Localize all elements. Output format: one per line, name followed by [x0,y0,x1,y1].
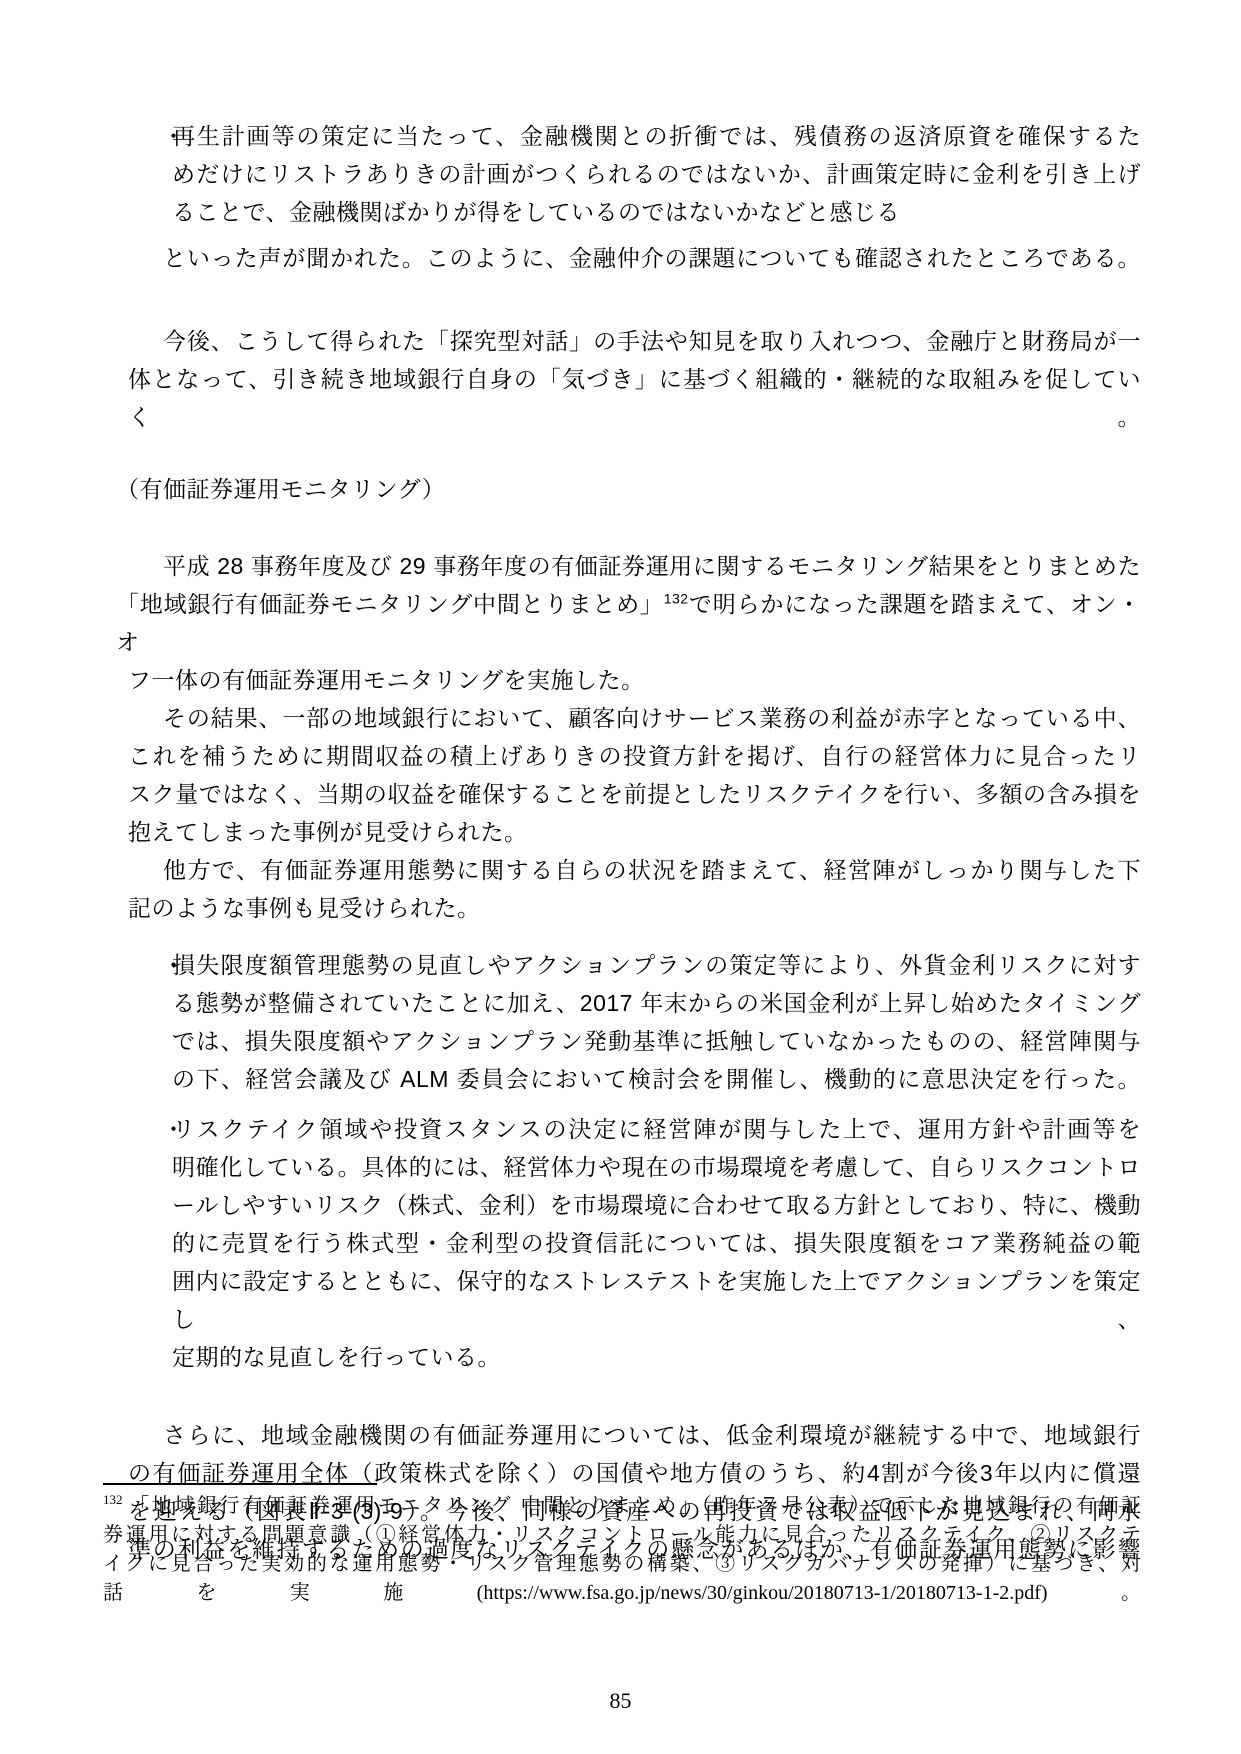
paragraph-monitoring-implementation: 平成 28 事務年度及び 29 事務年度の有価証券運用に関するモニタリング結果を… [128,547,1141,699]
bullet-item-revitalization-plan: ・ 再生計画等の策定に当たって、金融機関との折衝では、残債務の返済原資を確保する… [172,117,1141,231]
paragraph-voices-heard: といった声が聞かれた。このように、金融仲介の課題についても確認されたところである… [128,239,1141,277]
paragraph-monitoring-findings: その結果、一部の地域銀行において、顧客向けサービス業務の利益が赤字となっている中… [128,699,1141,851]
footnote-section: 132「地域銀行有価証券運用モニタリング 中間とりまとめ」（昨年７月公表）で示し… [103,1483,1141,1608]
bullet-marker: ・ [162,117,188,155]
bullet-marker: ・ [162,1110,188,1148]
page-number: 85 [0,1688,1241,1714]
bullet-item-loss-limit-management: ・ 損失限度額管理態勢の見直しやアクションプランの策定等により、外貨金利リスクに… [172,946,1141,1098]
footnote-separator-line [103,1483,377,1485]
body-text-column: ・ 再生計画等の策定に当たって、金融機関との折衝では、残債務の返済原資を確保する… [128,117,1141,1568]
paragraph-future-initiatives: 今後、こうして得られた「探究型対話」の手法や知見を取り入れつつ、金融庁と財務局が… [128,322,1141,436]
document-page: ・ 再生計画等の策定に当たって、金融機関との折衝では、残債務の返済原資を確保する… [0,0,1241,1754]
bullet-item-risk-taking-policy: ・ リスクテイク領域や投資スタンスの決定に経営陣が関与した上で、運用方針や計画等… [172,1110,1141,1376]
paragraph-positive-examples-intro: 他方で、有価証券運用態勢に関する自らの状況を踏まえて、経営陣がしっかり関与した下… [128,851,1141,927]
footnote-132-text: 132「地域銀行有価証券運用モニタリング 中間とりまとめ」（昨年７月公表）で示し… [103,1492,1141,1608]
bullet-marker: ・ [162,946,188,984]
section-heading-securities-monitoring: （有価証券運用モニタリング） [128,470,1141,508]
